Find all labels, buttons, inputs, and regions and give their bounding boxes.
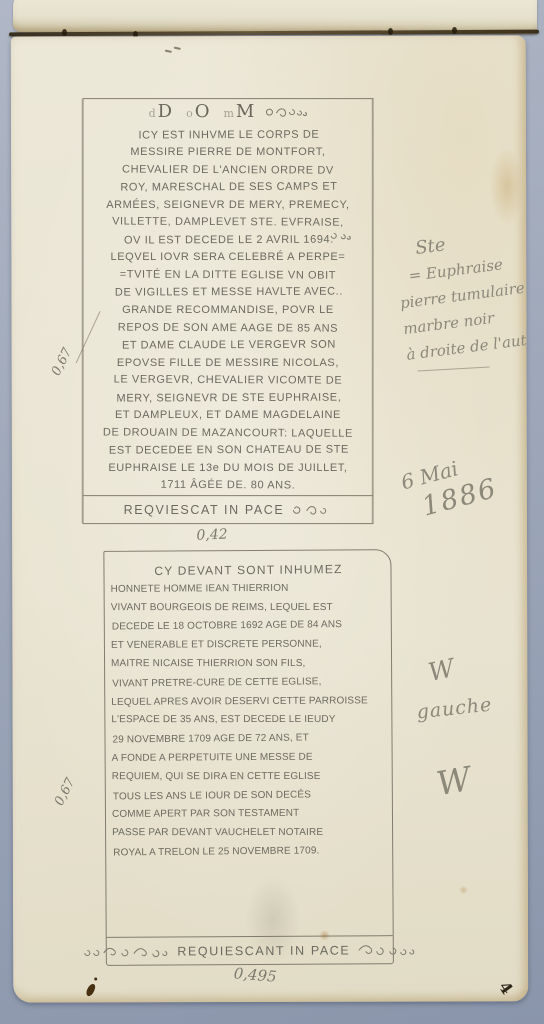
inscription-line: ARMÉES, SEIGNEVR DE MERY, PREMECY, (83, 197, 372, 215)
inscription-line: MESSIRE PIERRE DE MONTFORT, (83, 144, 372, 162)
requiescat-row: REQVIESCAT IN PACE (83, 495, 372, 523)
scroll-flourish-icon (356, 942, 416, 958)
foxing-stain (489, 145, 525, 227)
margin-word-gauche: gauche (416, 694, 494, 724)
inscription-line: VIVANT PRETRE-CURE DE CETTE EGLISE, (106, 672, 392, 694)
inscription-line: CHEVALIER DE L'ANCIEN ORDRE DV (83, 161, 372, 180)
inscription-line: EUPHRAISE LE 13e DU MOIS DE JUILLET, (83, 460, 372, 478)
inscription-line: REPOS DE SON AME AAGE DE 85 ANS (83, 319, 372, 338)
height-measurement-1: 0,67 (49, 346, 75, 379)
stitch-hole (62, 29, 67, 36)
inscription-line: DE DROUAIN DE MAZANCOURT: LAQUELLE (83, 424, 372, 443)
inscription-line: ICY EST INHVME LE CORPS DE (84, 126, 373, 145)
inscription-line: LEQVEL IOVR SERA CELEBRÉ A PERPE= (83, 249, 372, 267)
inscription-line: PASSE PAR DEVANT VAUCHELET NOTAIRE (106, 824, 392, 843)
margin-mark-upper: W (426, 653, 457, 687)
pencil-mark (165, 50, 172, 53)
height-measurement-2: 0,67 (52, 776, 78, 809)
ink-stain (94, 977, 97, 980)
note-underline (418, 367, 490, 372)
margin-mark-lower: W (434, 759, 474, 803)
scroll-flourish-icon (329, 230, 353, 242)
scroll-flourish-icon (263, 105, 307, 119)
margin-note: Ste = Euphraise pierre tumulaire marbre … (392, 217, 528, 368)
dom-ghost-letter: o (186, 107, 193, 120)
epitaph-lines: ICY EST INHVME LE CORPS DEMESSIRE PIERRE… (83, 125, 372, 495)
inscription-line: TOUS LES ANS LE IOUR DE SON DECÉS (107, 785, 393, 807)
inscription-line: CY DEVANT SONT INHUMEZ (105, 560, 391, 582)
inscription-line: ET DAMPLEUX, ET DAME MAGDELAINE (83, 407, 372, 425)
stitch-hole (452, 27, 457, 34)
dom-ghost-letter: d (149, 107, 156, 120)
requiescant-text: REQUIESCANT IN PACE (177, 943, 350, 958)
inscription-line: EPOVSE FILLE DE MESSIRE NICOLAS, (83, 355, 372, 373)
requiescat-text: REQVIESCAT IN PACE (124, 503, 285, 517)
width-measurement-2: 0,495 (222, 963, 289, 987)
ink-stain (85, 983, 96, 998)
inscription-line: LEQUEL APRES AVOIR DESERVI CETTE PARROIS… (105, 692, 391, 713)
foxing-dot (459, 885, 468, 894)
inscription-line: 1711 ÂGÉE DE. 80 ANS. (83, 477, 372, 496)
inscription-line: HONNETE HOMME IEAN THIERRION (105, 579, 391, 600)
inscription-line: DE VIGILLES ET MESSE HAVLTE AVEC.. (84, 284, 373, 303)
inscription-line: ET VENERABLE ET DISCRETE PERSONNE, (105, 635, 391, 656)
inscription-line: ET DAME CLAUDE LE VERGEVR SON (84, 337, 373, 356)
previous-page-edge (13, 0, 537, 34)
width-measurement-1: 0,42 (182, 526, 243, 544)
dom-letter: D (158, 101, 173, 122)
requiescant-row: REQUIESCANT IN PACE (107, 935, 393, 965)
epitaph-lines: CY DEVANT SONT INHUMEZHONNETE HOMME IEAN… (104, 550, 392, 862)
inscription-line: A FONDE A PERPETUITE UNE MESSE DE (106, 748, 392, 769)
inscription-line: VIVANT BOURGEOIS DE REIMS, LEQUEL EST (105, 599, 391, 618)
notebook-page: d D o O m M ICY EST INHVME LE CORPS DEME… (11, 35, 529, 1002)
epitaph-block-1: d D o O m M ICY EST INHVME LE CORPS DEME… (82, 98, 373, 524)
epitaph-block-2: CY DEVANT SONT INHUMEZHONNETE HOMME IEAN… (103, 549, 394, 966)
dom-letter: M (236, 101, 255, 122)
dom-ghost-letter: m (223, 107, 233, 120)
date-annotation: 6 Mai 1886 (398, 445, 501, 527)
inscription-line: GRANDE RECOMMANDISE, POVR LE (83, 302, 372, 320)
dom-header: d D o O m M (83, 99, 372, 125)
stitch-hole (388, 28, 393, 35)
inscription-line: =TVITÉ EN LA DITTE EGLISE VN OBIT (83, 266, 372, 285)
inscription-line: LE VERGEVR, CHEVALIER VICOMTE DE (83, 372, 372, 391)
inscription-line: EST DECEDEE EN SON CHATEAU DE STE (84, 442, 373, 461)
pencil-mark (174, 47, 181, 50)
inscription-line: DECEDE LE 18 OCTOBRE 1692 AGE DE 84 ANS (106, 616, 392, 638)
inscription-line: L'ESPACE DE 35 ANS, EST DECEDE LE IEUDY (105, 711, 391, 730)
dom-letter: O (195, 101, 211, 122)
scanned-notebook-photo: d D o O m M ICY EST INHVME LE CORPS DEME… (0, 0, 544, 1024)
inscription-line: MAITRE NICAISE THIERRION SON FILS, (105, 655, 391, 674)
inscription-line: MERY, SEIGNEVR DE STE EUPHRAISE, (84, 389, 373, 408)
scroll-flourish-icon (290, 503, 332, 517)
inscription-line: COMME APERT PAR SON TESTAMENT (106, 805, 392, 826)
inscription-line: ROY, MARESCHAL DE SES CAMPS ET (84, 179, 373, 198)
inscription-line: 29 NOVEMBRE 1709 AGE DE 72 ANS, ET (106, 729, 392, 751)
corner-ink-mark: 4 (495, 978, 517, 998)
inscription-line: ROYAL A TRELON LE 25 NOVEMBRE 1709. (107, 841, 393, 863)
scroll-flourish-icon (83, 944, 171, 959)
inscription-line: REQUIEM, QUI SE DIRA EN CETTE EGLISE (106, 768, 392, 787)
